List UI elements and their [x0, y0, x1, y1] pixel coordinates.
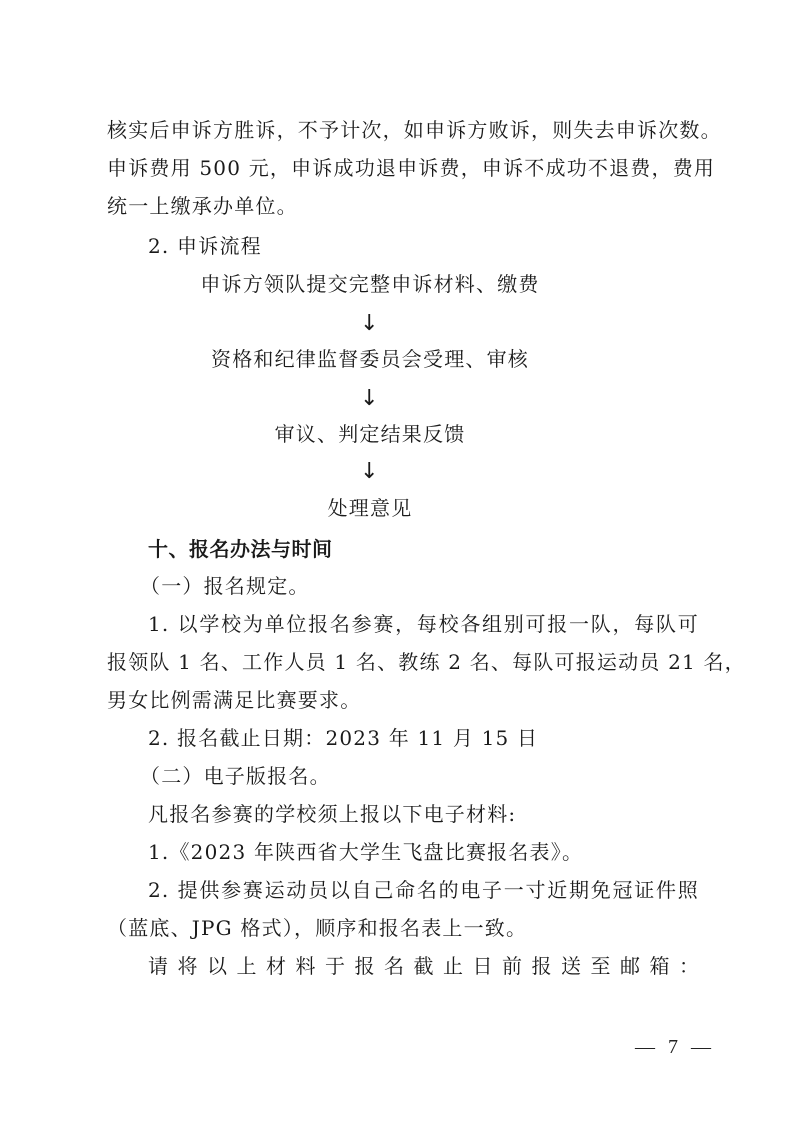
- appeal-step-2: 资格和纪律监督委员会受理、审核: [0, 346, 740, 372]
- appeal-step-3: 审议、判定结果反馈: [0, 421, 740, 447]
- paragraph-appeal-result-line1: 核实后申诉方胜诉，不予计次，如申诉方败诉，则失去申诉次数。: [107, 117, 699, 143]
- electronic-item1: 1.《2023 年陕西省大学生飞盘比赛报名表》。: [148, 839, 699, 865]
- subsection-title-rules: （一）报名规定。: [140, 573, 691, 599]
- page-number: — 7 —: [600, 1036, 750, 1059]
- down-arrow-icon: ↓: [0, 386, 740, 412]
- electronic-item2-line1: 2. 提供参赛运动员以自己命名的电子一寸近期免冠证件照: [148, 877, 699, 903]
- section-heading-registration: 十、报名办法与时间: [148, 536, 699, 562]
- rules-item1-line2: 报领队 1 名、工作人员 1 名、教练 2 名、每队可报运动员 21 名，: [107, 649, 699, 675]
- paragraph-appeal-fee-line3: 统一上缴承办单位。: [107, 193, 699, 219]
- rules-item2-deadline: 2. 报名截止日期：2023 年 11 月 15 日: [148, 725, 699, 751]
- down-arrow-icon: ↓: [0, 311, 740, 337]
- document-page: 核实后申诉方胜诉，不予计次，如申诉方败诉，则失去申诉次数。 申诉费用 500 元…: [0, 0, 800, 1131]
- appeal-step-1: 申诉方领队提交完整申诉材料、缴费: [0, 271, 740, 297]
- email-instruction-line: 请将以上材料于报名截止日前报送至邮箱：: [148, 953, 699, 979]
- rules-item1-line3: 男女比例需满足比赛要求。: [107, 687, 699, 713]
- paragraph-appeal-fee-line2: 申诉费用 500 元，申诉成功退申诉费，申诉不成功不退费，费用: [107, 155, 699, 181]
- rules-item1-line1: 1. 以学校为单位报名参赛，每校各组别可报一队，每队可: [148, 611, 699, 637]
- electronic-intro: 凡报名参赛的学校须上报以下电子材料:: [148, 801, 699, 827]
- subsection-title-electronic: （二）电子版报名。: [140, 763, 691, 789]
- appeal-step-4: 处理意见: [0, 495, 740, 521]
- down-arrow-icon: ↓: [0, 459, 740, 485]
- appeal-process-title: 2. 申诉流程: [148, 233, 699, 259]
- electronic-item2-line2: （蓝底、JPG 格式），顺序和报名表上一致。: [107, 915, 699, 941]
